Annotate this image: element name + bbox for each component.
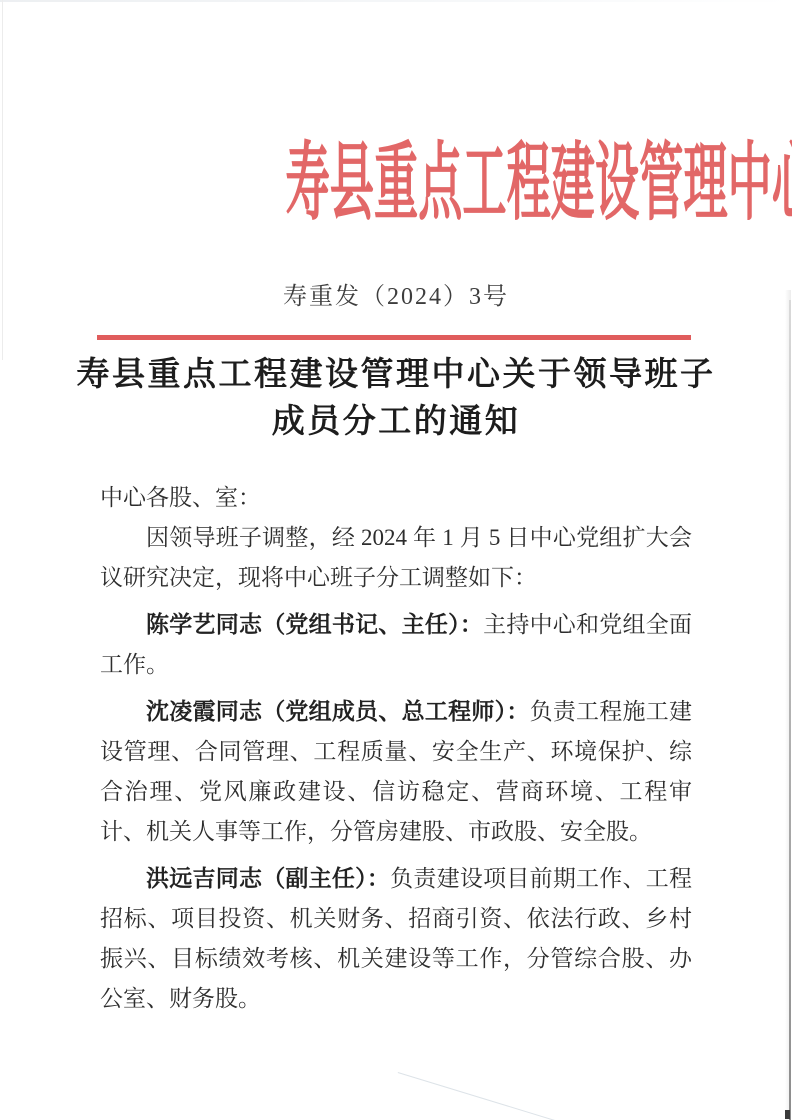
document-body: 中心各股、室： 因领导班子调整，经 2024 年 1 月 5 日中心党组扩大会议… (100, 478, 692, 1019)
scan-top-edge-line (0, 0, 792, 2)
scan-diagonal-artifact (398, 1072, 566, 1120)
assignment-paragraph: 陈学艺同志（党组书记、主任）：主持中心和党组全面工作。 (100, 604, 692, 685)
letterhead: 寿县重点工程建设管理中心文件 (0, 138, 792, 230)
assignment-name-role: 沈凌霞同志（党组成员、总工程师）： (146, 698, 530, 724)
red-divider-rule (97, 335, 691, 340)
scanned-document-page: 寿县重点工程建设管理中心文件 寿重发（2024）3号 寿县重点工程建设管理中心关… (0, 0, 792, 1120)
assignment-name-role: 陈学艺同志（党组书记、主任）： (146, 611, 483, 637)
intro-paragraph: 因领导班子调整，经 2024 年 1 月 5 日中心党组扩大会议研究决定，现将中… (100, 518, 692, 598)
doc-title-line2: 成员分工的通知 (0, 399, 792, 446)
doc-title: 寿县重点工程建设管理中心关于领导班子 成员分工的通知 (0, 352, 792, 446)
doc-title-line1: 寿县重点工程建设管理中心关于领导班子 (0, 352, 792, 399)
assignment-name-role: 洪远吉同志（副主任）： (146, 865, 390, 891)
doc-number: 寿重发（2024）3号 (0, 276, 792, 311)
scan-corner-mark (785, 1110, 790, 1119)
letterhead-title: 寿县重点工程建设管理中心文件 (286, 138, 792, 230)
assignment-paragraph: 沈凌霞同志（党组成员、总工程师）：负责工程施工建设管理、合同管理、工程质量、安全… (100, 691, 692, 852)
salutation: 中心各股、室： (100, 478, 692, 518)
assignment-paragraph: 洪远吉同志（副主任）：负责建设项目前期工作、工程招标、项目投资、机关财务、招商引… (100, 858, 692, 1019)
